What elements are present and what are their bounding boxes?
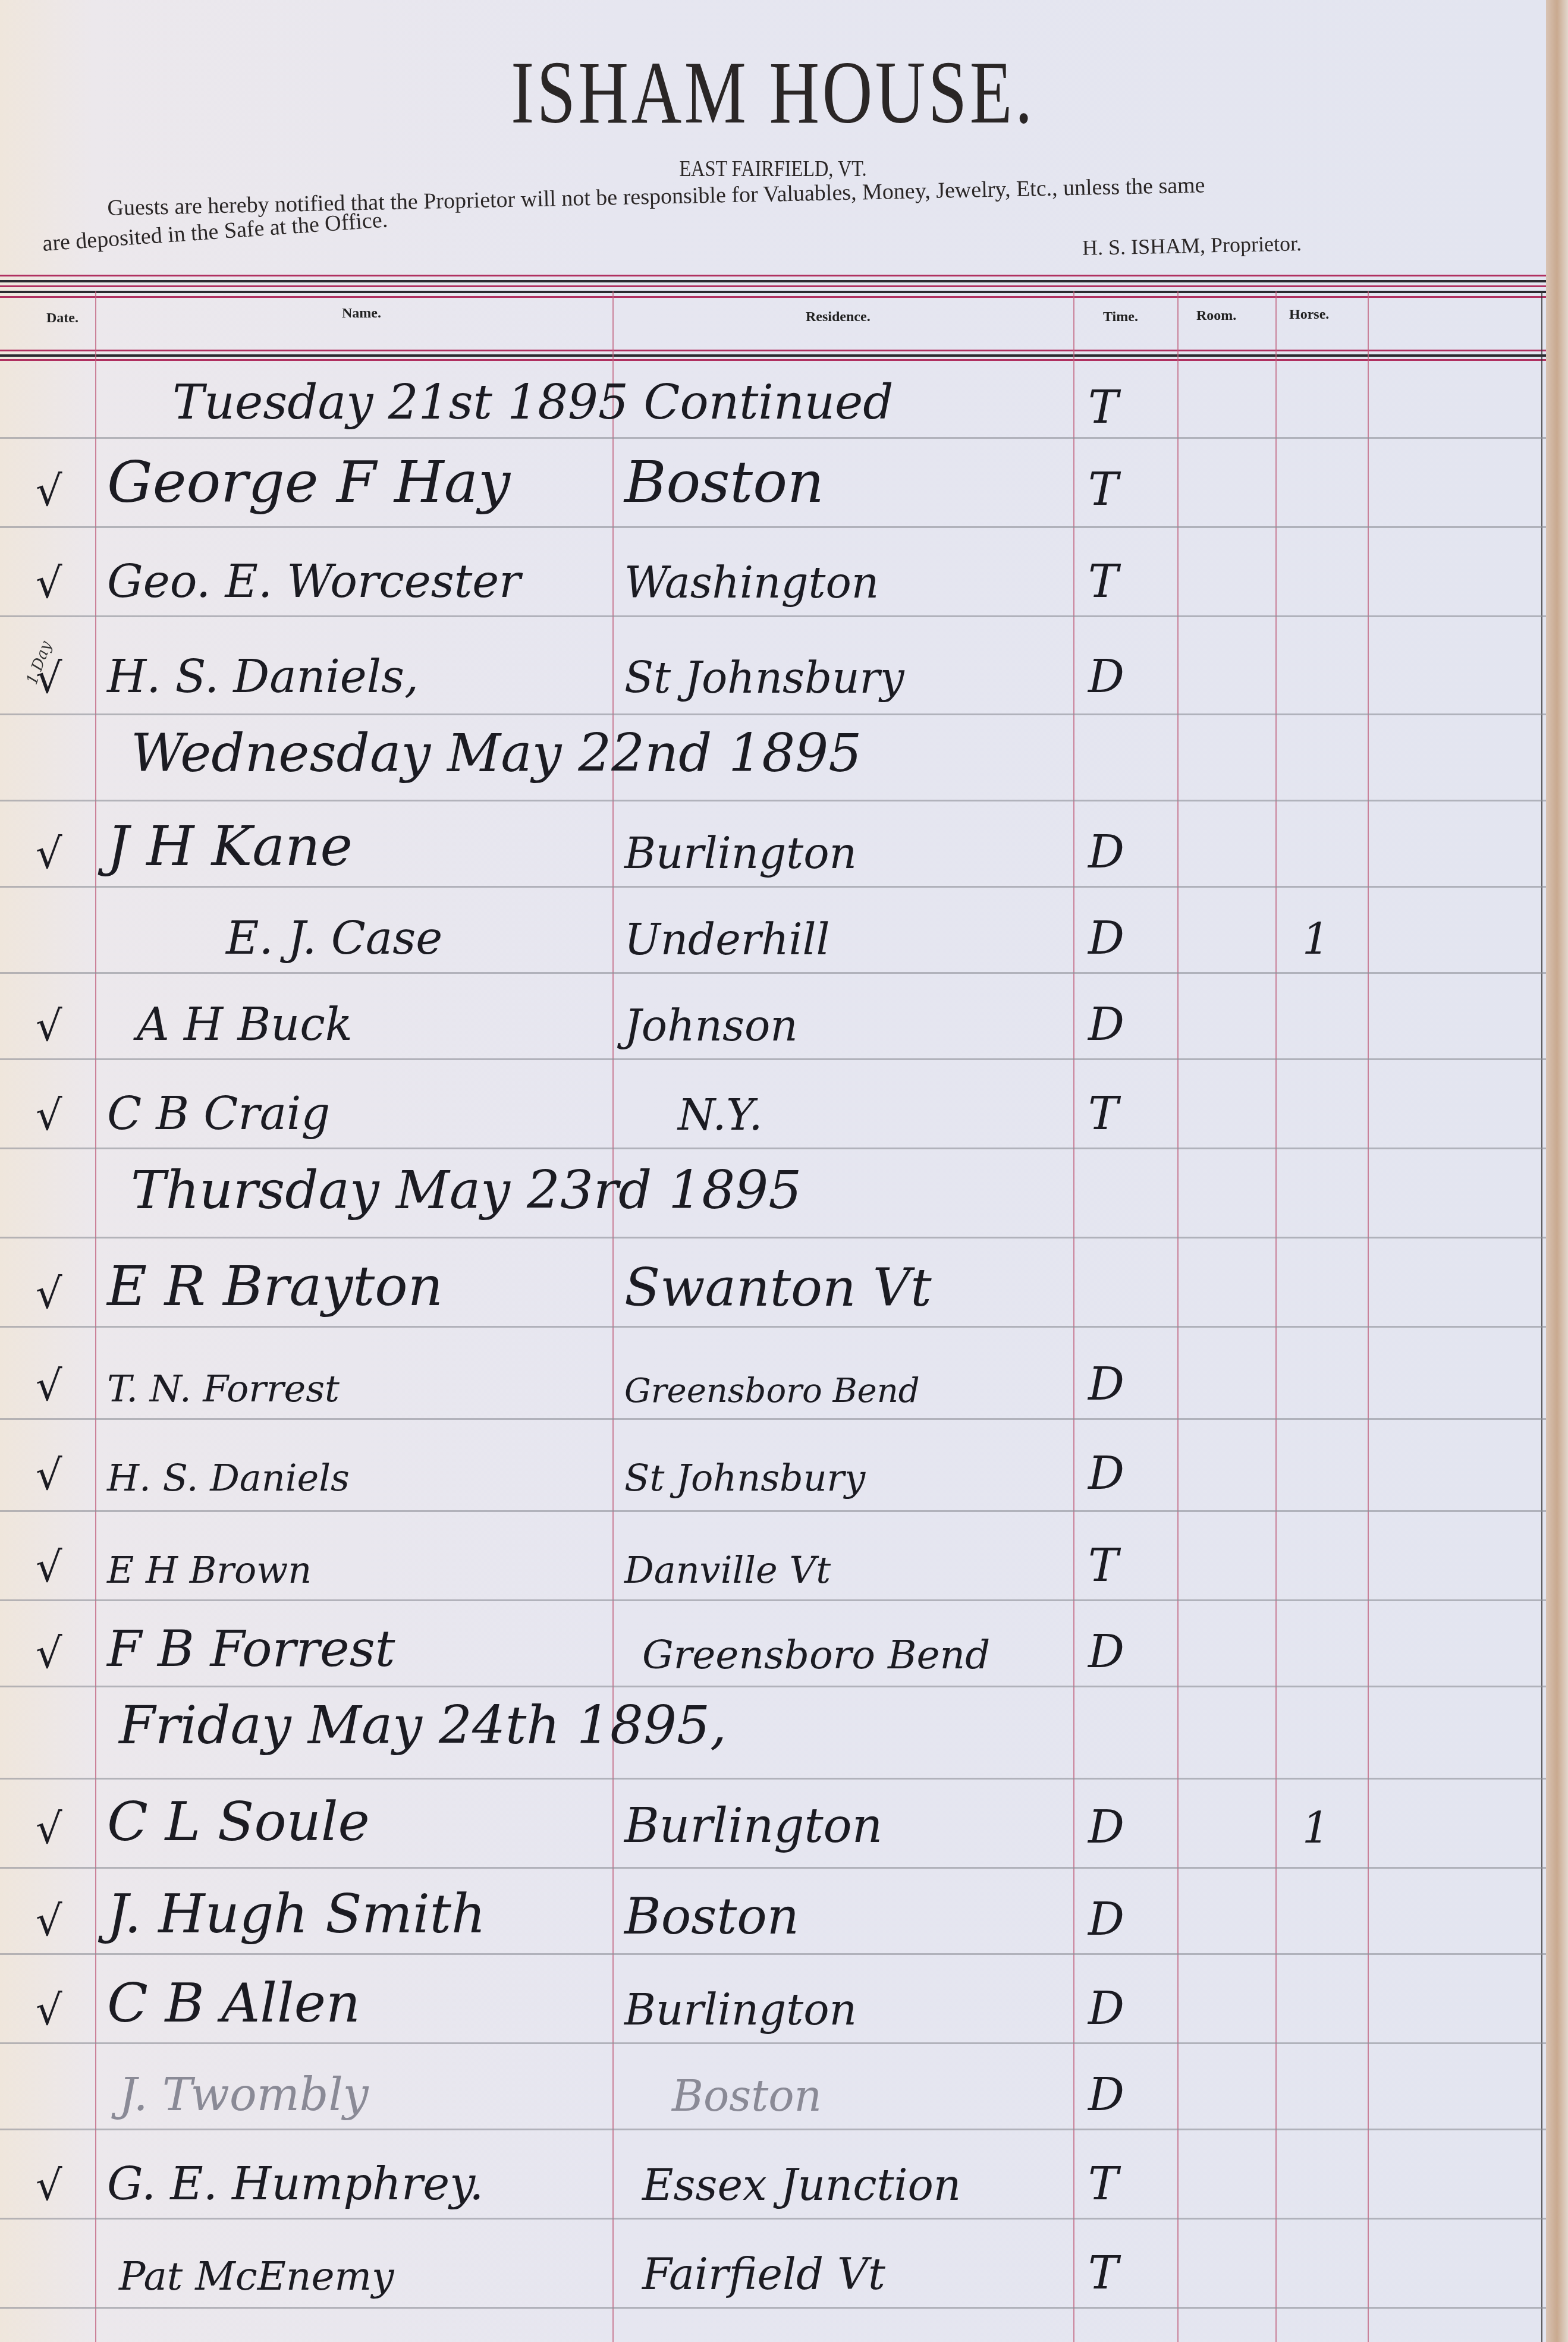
guest-time: D bbox=[1088, 998, 1124, 1051]
guest-residence: Fairfield Vt bbox=[642, 2249, 885, 2299]
guest-time: T bbox=[1088, 463, 1118, 515]
guest-residence: Boston bbox=[624, 449, 824, 515]
guest-name: F B Forrest bbox=[107, 1620, 395, 1678]
day-heading-tuesday: Tuesday 21st 1895 Continued bbox=[172, 375, 894, 430]
guest-residence: Swanton Vt bbox=[624, 1257, 932, 1318]
register-entry: √ J. Hugh Smith Boston D bbox=[0, 1873, 1546, 1956]
register-entry: √ J H Kane Burlington D bbox=[0, 806, 1546, 889]
guest-name: J. Hugh Smith bbox=[107, 1883, 486, 1945]
checkmark: √ bbox=[36, 2161, 62, 2210]
register-entry: √ Geo. E. Worcester Washington T bbox=[0, 535, 1546, 618]
column-header-row: Date. Name. Residence. Time. Room. Horse… bbox=[0, 297, 1546, 339]
register-entry: √ H. S. Daniels St Johnsbury D bbox=[0, 1427, 1546, 1510]
guest-name: Pat McEnemy bbox=[119, 2253, 394, 2299]
register-entry: √ C B Allen Burlington D bbox=[0, 1962, 1546, 2045]
guest-name: H. S. Daniels, bbox=[107, 650, 419, 703]
guest-name: E R Brayton bbox=[107, 1255, 443, 1318]
register-page: ISHAM HOUSE. EAST FAIRFIELD, VT. Guests … bbox=[0, 0, 1546, 2342]
checkmark: √ bbox=[36, 1451, 62, 1499]
column-header-date: Date. bbox=[46, 310, 78, 326]
hotel-location: EAST FAIRFIELD, VT. bbox=[116, 156, 1430, 182]
book-binding-edge bbox=[1546, 0, 1568, 2342]
guest-name: Geo. E. Worcester bbox=[107, 555, 521, 608]
guest-name: T. N. Forrest bbox=[107, 1367, 340, 1410]
column-header-name: Name. bbox=[342, 306, 381, 322]
proprietor-signature: H. S. ISHAM, Proprietor. bbox=[1082, 231, 1302, 260]
guest-horse: 1 bbox=[1302, 1803, 1330, 1853]
ruled-line bbox=[0, 526, 1546, 528]
checkmark: √ bbox=[36, 654, 62, 703]
register-entry: J. Twombly Boston D bbox=[0, 2048, 1546, 2132]
checkmark: √ bbox=[36, 467, 62, 515]
checkmark: √ bbox=[36, 829, 62, 878]
guest-name: E H Brown bbox=[107, 1548, 312, 1592]
guest-residence: Boston bbox=[672, 2071, 822, 2121]
guest-residence: Danville Vt bbox=[624, 1548, 831, 1592]
guest-residence: Underhill bbox=[624, 914, 830, 964]
register-entry: E. J. Case Underhill D 1 bbox=[0, 892, 1546, 975]
register-entry: Pat McEnemy Fairfield Vt T bbox=[0, 2227, 1546, 2310]
column-header-residence: Residence. bbox=[806, 309, 871, 325]
ruled-line bbox=[0, 1778, 1546, 1780]
day-heading-time: T bbox=[1088, 381, 1118, 433]
checkmark: √ bbox=[36, 1002, 62, 1051]
checkmark: √ bbox=[36, 1091, 62, 1140]
hotel-title: ISHAM HOUSE. bbox=[170, 42, 1376, 144]
guest-residence: Washington bbox=[624, 558, 879, 608]
register-entry: √ George F Hay Boston T bbox=[0, 443, 1546, 526]
checkmark: √ bbox=[36, 1362, 62, 1410]
guest-time: D bbox=[1088, 1800, 1124, 1853]
guest-residence: Burlington bbox=[624, 1985, 857, 2035]
guest-residence: Essex Junction bbox=[642, 2160, 961, 2210]
register-entry: √ F B Forrest Greensboro Bend D bbox=[0, 1605, 1546, 1689]
guest-horse: 1 bbox=[1302, 914, 1330, 964]
guest-residence: N.Y. bbox=[678, 1090, 762, 1140]
checkmark: √ bbox=[36, 1897, 62, 1945]
guest-time: D bbox=[1088, 1357, 1124, 1410]
guest-residence: Boston bbox=[624, 1887, 799, 1945]
checkmark: √ bbox=[36, 1269, 62, 1318]
guest-residence: St Johnsbury bbox=[624, 653, 904, 703]
guest-residence: Burlington bbox=[624, 828, 857, 878]
register-entry: √ E H Brown Danville Vt T bbox=[0, 1519, 1546, 1602]
guest-residence: St Johnsbury bbox=[624, 1456, 865, 1499]
guest-name: J. Twombly bbox=[119, 2068, 369, 2121]
guest-time: D bbox=[1088, 650, 1124, 703]
guest-time: D bbox=[1088, 1447, 1124, 1499]
guest-time: T bbox=[1088, 1539, 1118, 1592]
guest-name: J H Kane bbox=[107, 815, 353, 878]
ruled-line bbox=[0, 800, 1546, 801]
guest-residence: Greensboro Bend bbox=[642, 1632, 990, 1678]
ruled-line bbox=[0, 1867, 1546, 1869]
guest-residence: Burlington bbox=[624, 1798, 882, 1853]
checkmark: √ bbox=[36, 1986, 62, 2035]
day-heading-thursday: Thursday May 23rd 1895 bbox=[131, 1159, 802, 1221]
guest-name: C L Soule bbox=[107, 1791, 370, 1853]
checkmark: √ bbox=[36, 1629, 62, 1678]
guest-time: T bbox=[1088, 1087, 1118, 1140]
column-header-time: Time. bbox=[1103, 309, 1138, 325]
guest-time: D bbox=[1088, 2068, 1124, 2121]
guest-name: C B Craig bbox=[107, 1087, 330, 1140]
register-entry: √ T. N. Forrest Greensboro Bend D bbox=[0, 1338, 1546, 1421]
ruled-line bbox=[0, 1510, 1546, 1512]
guest-name: A H Buck bbox=[137, 998, 353, 1051]
day-heading-wednesday: Wednesday May 22nd 1895 bbox=[131, 722, 862, 784]
guest-time: T bbox=[1088, 555, 1118, 608]
column-header-horse: Horse. bbox=[1289, 307, 1329, 323]
guest-name: G. E. Humphrey. bbox=[107, 2157, 483, 2210]
checkmark: √ bbox=[36, 1543, 62, 1592]
guest-name: C B Allen bbox=[107, 1972, 360, 2035]
guest-time: T bbox=[1088, 2246, 1118, 2299]
checkmark: √ bbox=[36, 559, 62, 608]
day-heading-friday: Friday May 24th 1895, bbox=[119, 1695, 727, 1756]
ruled-line bbox=[0, 437, 1546, 439]
checkmark: √ bbox=[36, 1805, 62, 1853]
guest-time: D bbox=[1088, 825, 1124, 878]
register-entry: √ E R Brayton Swanton Vt bbox=[0, 1246, 1546, 1329]
guest-time: T bbox=[1088, 2157, 1118, 2210]
register-entry: √ A H Buck Johnson D bbox=[0, 978, 1546, 1061]
guest-time: D bbox=[1088, 911, 1124, 964]
register-entry: √ C L Soule Burlington D 1 bbox=[0, 1781, 1546, 1864]
guest-residence: Greensboro Bend bbox=[624, 1372, 920, 1410]
guest-time: D bbox=[1088, 1625, 1124, 1678]
guest-name: George F Hay bbox=[107, 449, 510, 515]
register-entry: √ G. E. Humphrey. Essex Junction T bbox=[0, 2137, 1546, 2221]
guest-residence: Johnson bbox=[624, 1001, 798, 1051]
column-header-room: Room. bbox=[1196, 308, 1236, 324]
register-entry: √ C B Craig N.Y. T bbox=[0, 1067, 1546, 1150]
guest-time: D bbox=[1088, 1893, 1124, 1945]
guest-name: E. J. Case bbox=[226, 911, 442, 964]
ruled-line bbox=[0, 713, 1546, 715]
ruled-line bbox=[0, 1237, 1546, 1238]
register-entry: 1 Day √ H. S. Daniels, St Johnsbury D bbox=[0, 630, 1546, 713]
guest-time: D bbox=[1088, 1982, 1124, 2035]
guest-name: H. S. Daniels bbox=[107, 1456, 350, 1499]
